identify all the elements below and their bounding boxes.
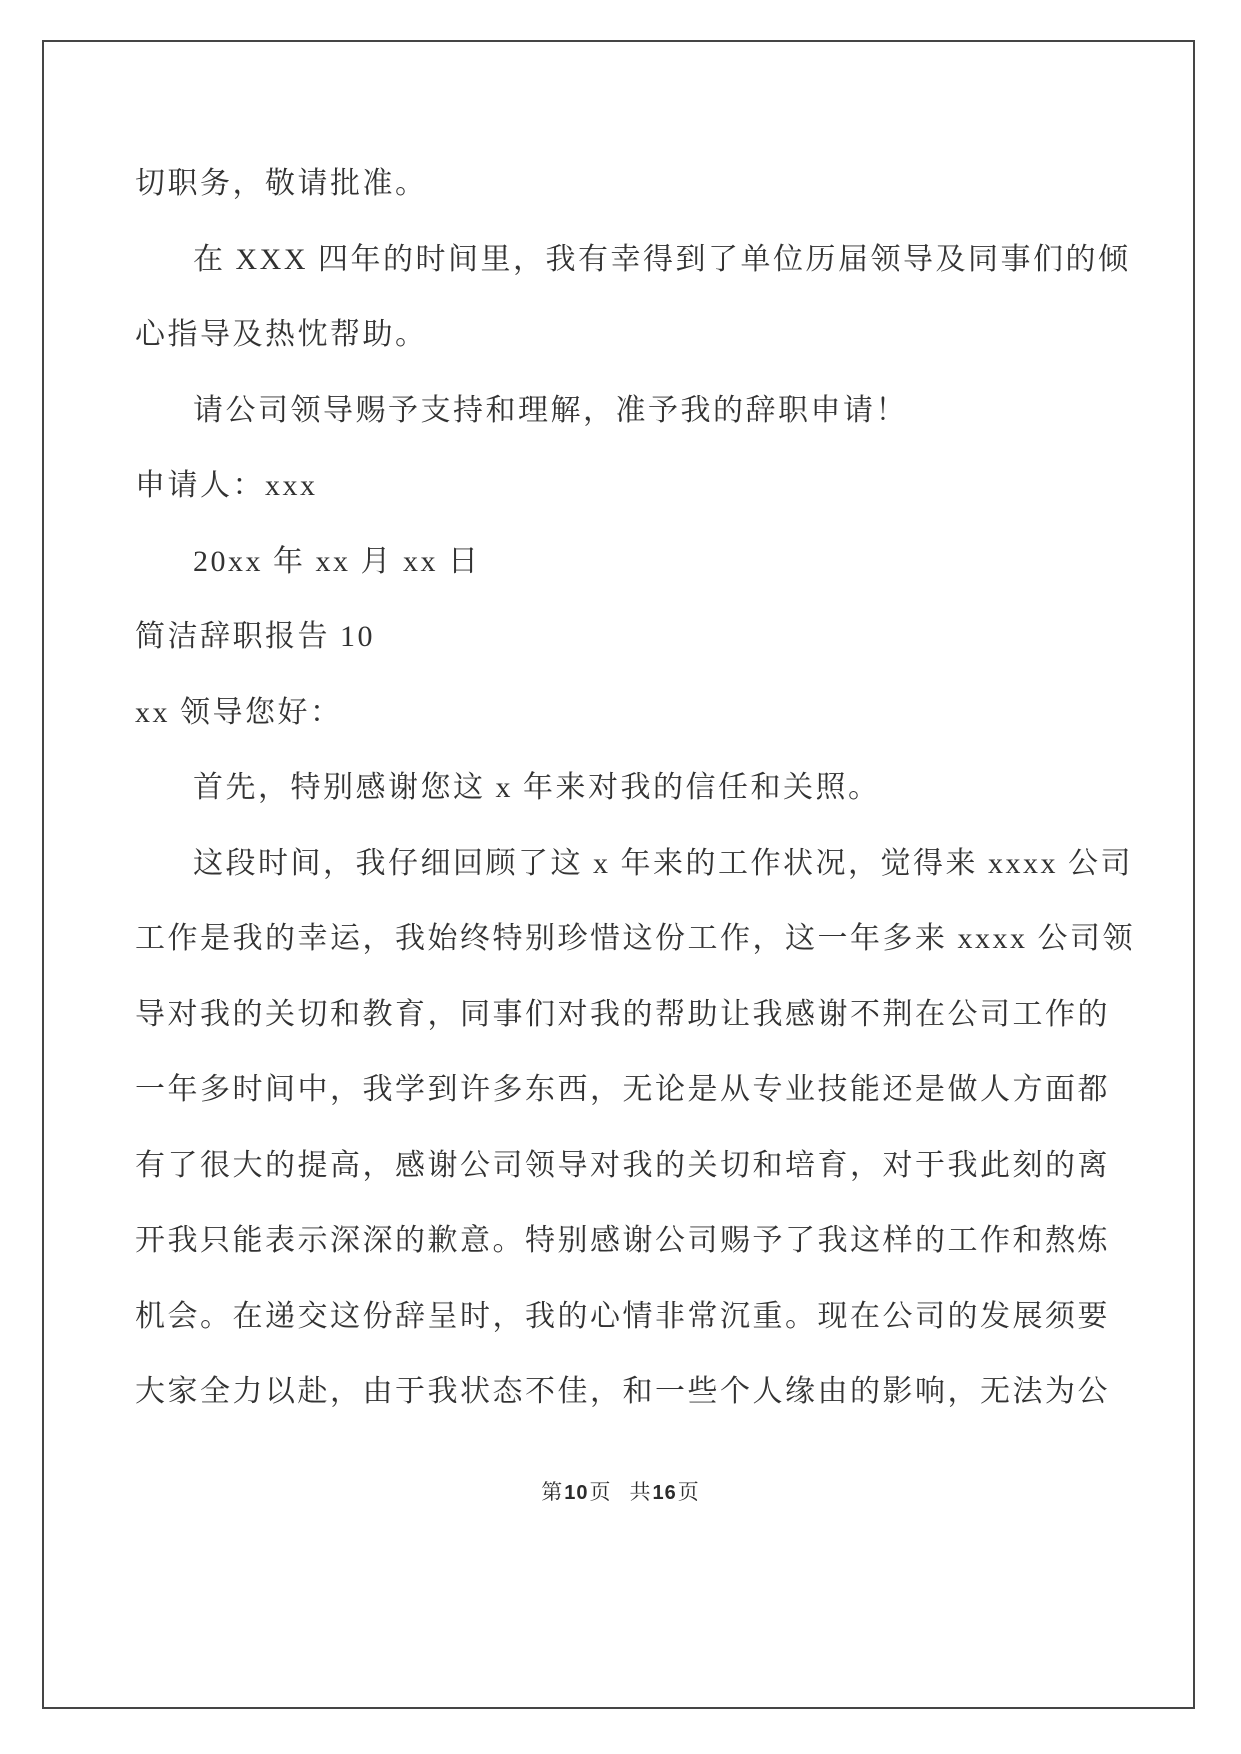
text-line: 在 XXX 四年的时间里，我有幸得到了单位历届领导及同事们的倾 — [135, 222, 1110, 298]
footer-total-pages: 16 — [652, 1482, 678, 1504]
text-line: 首先，特别感谢您这 x 年来对我的信任和关照。 — [135, 750, 1110, 826]
text-line: 申请人：xxx — [135, 448, 1110, 524]
text-line: 20xx 年 xx 月 xx 日 — [135, 524, 1110, 600]
document-page: 切职务，敬请批准。在 XXX 四年的时间里，我有幸得到了单位历届领导及同事们的倾… — [0, 0, 1241, 1754]
text-line: 大家全力以赴，由于我状态不佳，和一些个人缘由的影响，无法为公 — [135, 1354, 1110, 1430]
text-line: 工作是我的幸运，我始终特别珍惜这份工作，这一年多来 xxxx 公司领 — [135, 901, 1110, 977]
text-line: 开我只能表示深深的歉意。特别感谢公司赐予了我这样的工作和熬炼 — [135, 1203, 1110, 1279]
text-line: 这段时间，我仔细回顾了这 x 年来的工作状况，觉得来 xxxx 公司 — [135, 826, 1110, 902]
text-line: 一年多时间中，我学到许多东西，无论是从专业技能还是做人方面都 — [135, 1052, 1110, 1128]
text-line: 机会。在递交这份辞呈时，我的心情非常沉重。现在公司的发展须要 — [135, 1279, 1110, 1355]
text-line: xx 领导您好： — [135, 675, 1110, 751]
text-line: 心指导及热忱帮助。 — [135, 297, 1110, 373]
text-line: 简洁辞职报告 10 — [135, 599, 1110, 675]
footer-page-word-prefix: 第 — [541, 1480, 563, 1504]
page-footer: 第10页共16页 — [0, 1476, 1241, 1506]
text-line: 有了很大的提高，感谢公司领导对我的关切和培育，对于我此刻的离 — [135, 1128, 1110, 1204]
text-body: 切职务，敬请批准。在 XXX 四年的时间里，我有幸得到了单位历届领导及同事们的倾… — [135, 146, 1110, 1430]
footer-page-word-suffix: 页 — [590, 1480, 612, 1504]
footer-total-word-suffix: 页 — [678, 1480, 700, 1504]
text-line: 请公司领导赐予支持和理解，准予我的辞职申请！ — [135, 373, 1110, 449]
text-line: 导对我的关切和教育，同事们对我的帮助让我感谢不荆在公司工作的 — [135, 977, 1110, 1053]
footer-total-word-prefix: 共 — [630, 1480, 652, 1504]
footer-current-page: 10 — [563, 1482, 589, 1504]
text-line: 切职务，敬请批准。 — [135, 146, 1110, 222]
